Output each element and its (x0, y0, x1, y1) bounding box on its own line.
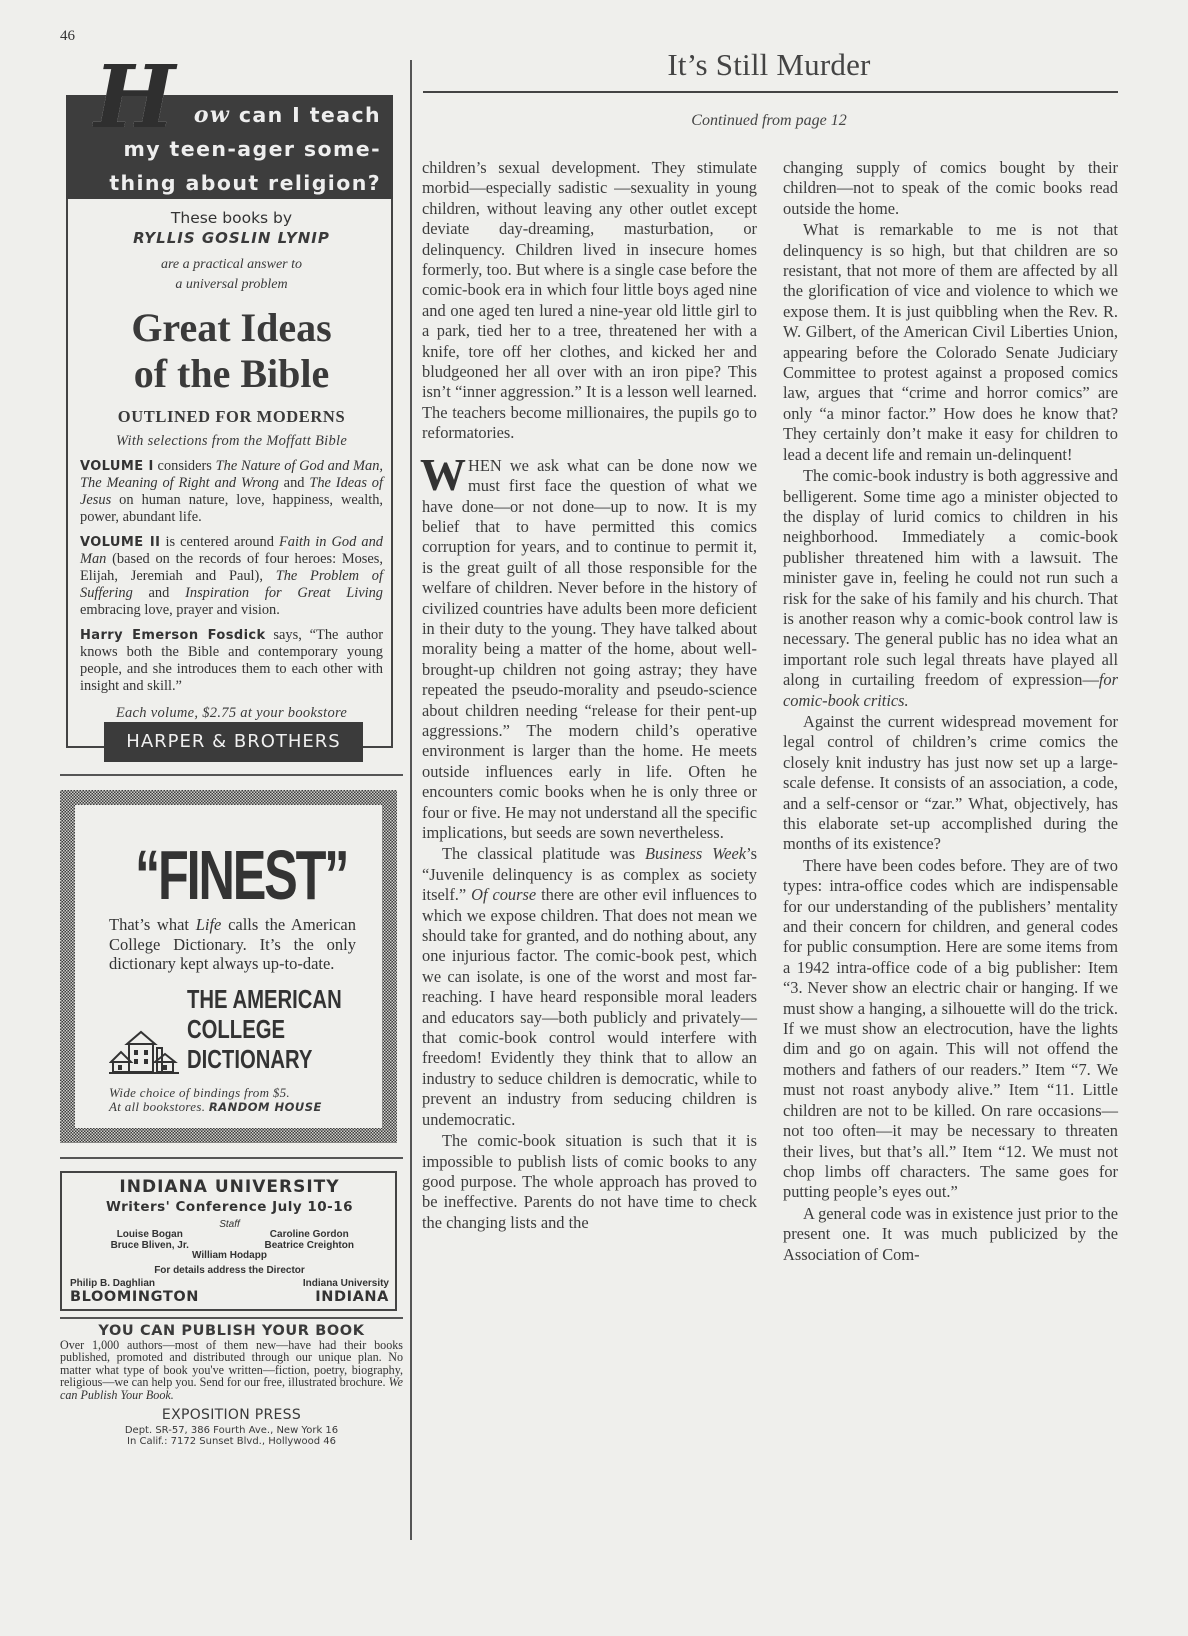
religion-books-ad: H ow can I teach my teen-ager some- thin… (60, 95, 403, 748)
headline-line1: can I teach (239, 103, 381, 127)
staff-list: Louise Bogan Caroline Gordon Bruce Blive… (70, 1230, 389, 1262)
book-subtitle: OUTLINED FOR MODERNS (80, 407, 383, 427)
city: BLOOMINGTON (70, 1289, 199, 1305)
paragraph: The comic-book situation is such that it… (422, 1131, 757, 1233)
paragraph: The classical platitude was Business Wee… (422, 844, 757, 1130)
press-name: EXPOSITION PRESS (60, 1407, 403, 1423)
paragraph: Against the current widespread movement … (783, 712, 1118, 855)
dictionary-ad: “FINEST” That’s what Life calls the Amer… (60, 790, 397, 1143)
publisher-random-house: RANDOM HOUSE (209, 1100, 322, 1114)
staff-member: William Hodapp (70, 1251, 389, 1262)
advertisements-column: H ow can I teach my teen-ager some- thin… (60, 55, 403, 1447)
address-new-york: Dept. SR-57, 386 Fourth Ave., New York 1… (60, 1425, 403, 1436)
tagline-2: a universal problem (80, 275, 383, 295)
script-h-initial: H (94, 55, 177, 141)
paragraph: WHEN we ask what can be done now we must… (422, 456, 757, 844)
staff-member: Caroline Gordon (230, 1230, 390, 1241)
selections-note: With selections from the Moffatt Bible (80, 433, 383, 450)
paragraph: There have been codes before. They are o… (783, 856, 1118, 1203)
section-divider (60, 1157, 403, 1159)
paragraph: A general code was in existence just pri… (783, 1204, 1118, 1265)
continued-note: Continued from page 12 (420, 112, 1118, 130)
column-divider (410, 60, 412, 1540)
title-rule (423, 91, 1118, 93)
price-note: Each volume, $2.75 at your bookstore (80, 705, 383, 722)
paragraph: The comic-book industry is both aggressi… (783, 466, 1118, 711)
university-name: INDIANA UNIVERSITY (70, 1177, 389, 1197)
headline-ow: ow (194, 102, 230, 128)
headline-line3: thing about religion? (98, 166, 381, 200)
institution-name: Indiana University (303, 1278, 389, 1289)
finest-headline: “FINEST” (135, 839, 320, 911)
details-note: For details address the Director (70, 1265, 389, 1276)
books-by-label: These books by (80, 209, 383, 227)
volume-1-description: VOLUME I considers The Nature of God and… (80, 458, 383, 526)
exposition-press-ad: YOU CAN PUBLISH YOUR BOOK Over 1,000 aut… (60, 1323, 403, 1448)
publish-headline: YOU CAN PUBLISH YOUR BOOK (60, 1323, 403, 1339)
paragraph: changing supply of comics bought by thei… (783, 158, 1118, 219)
state: INDIANA (315, 1289, 389, 1305)
book-title-line2: of the Bible (80, 351, 383, 397)
tagline-1: are a practical answer to (80, 255, 383, 275)
ad-body-box: These books by RYLLIS GOSLIN LYNIP are a… (66, 199, 393, 748)
endorsement-quote: Harry Emerson Fosdick says, “The author … (80, 627, 383, 695)
section-divider (60, 774, 403, 776)
page-number: 46 (60, 28, 75, 45)
paragraph: children’s sexual development. They stim… (422, 158, 757, 444)
college-building-icon (109, 1024, 181, 1076)
paragraph: What is remarkable to me is not that del… (783, 220, 1118, 465)
dictionary-name-line1: THE AMERICAN (187, 984, 342, 1014)
article-column-1: children’s sexual development. They stim… (422, 158, 757, 1233)
bindings-note: Wide choice of bindings from $5. At all … (109, 1086, 356, 1114)
publish-body: Over 1,000 authors—most of them new—have… (60, 1339, 403, 1402)
ad-headline-banner: H ow can I teach my teen-ager some- thin… (66, 95, 393, 199)
drop-cap: W (420, 458, 466, 492)
dictionary-description: That’s what Life calls the American Coll… (109, 915, 356, 974)
article-title: It’s Still Murder (420, 47, 1118, 83)
indiana-university-ad: INDIANA UNIVERSITY Writers' Conference J… (60, 1171, 397, 1311)
section-divider (60, 1317, 403, 1319)
volume-2-description: VOLUME II is centered around Faith in Go… (80, 534, 383, 619)
dictionary-name-line3: DICTIONARY (187, 1044, 342, 1074)
article-column-2: changing supply of comics bought by thei… (783, 158, 1118, 1265)
publisher-banner: HARPER & BROTHERS (104, 722, 363, 762)
director-name: Philip B. Daghlian (70, 1278, 155, 1289)
address-california: In Calif.: 7172 Sunset Blvd., Hollywood … (60, 1436, 403, 1447)
author-name: RYLLIS GOSLIN LYNIP (80, 229, 383, 247)
book-title-line1: Great Ideas (80, 305, 383, 351)
dictionary-name-line2: COLLEGE (187, 1014, 342, 1044)
conference-title: Writers' Conference July 10-16 (70, 1199, 389, 1215)
staff-member: Louise Bogan (70, 1230, 230, 1241)
